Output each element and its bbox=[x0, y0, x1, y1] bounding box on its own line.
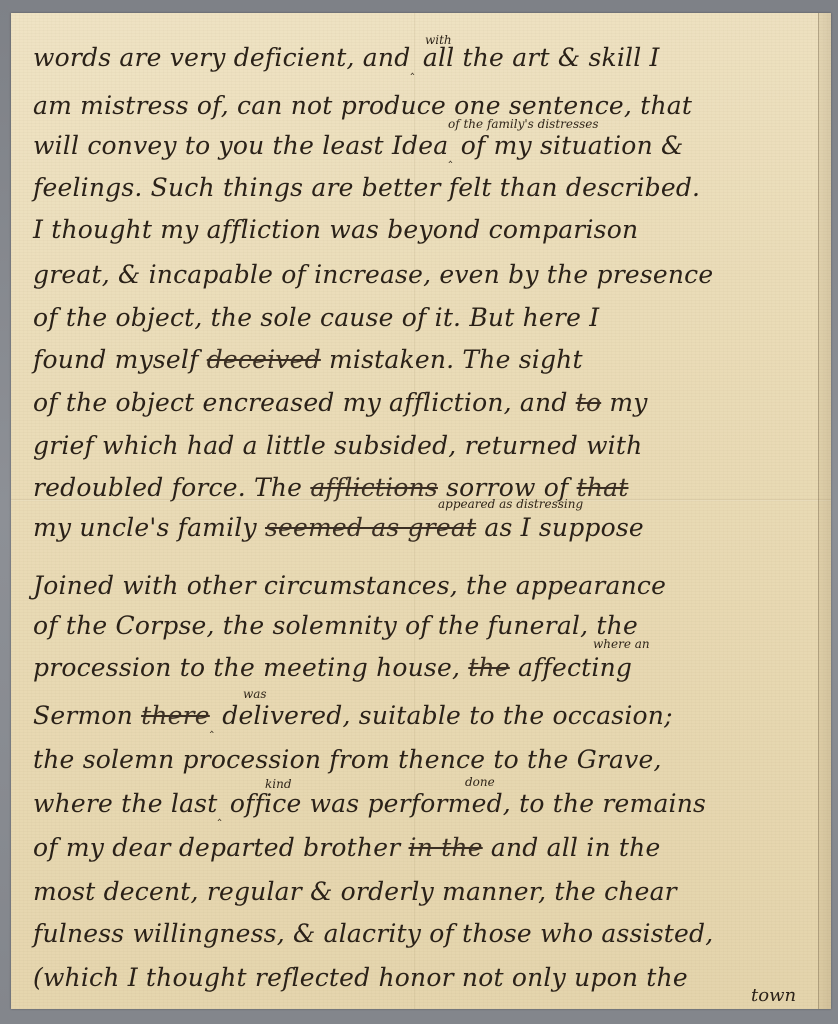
line-text: great, & incapable of increase, even by … bbox=[33, 260, 713, 289]
letter-line-20: most decent, regular & orderly manner, t… bbox=[33, 877, 677, 907]
struck-word: to bbox=[576, 388, 602, 417]
line-text: my bbox=[609, 388, 647, 417]
line-text: procession to the meeting house, bbox=[33, 653, 460, 682]
line-text: of the object, the sole cause of it. But… bbox=[33, 303, 599, 332]
insertion-was: was bbox=[243, 687, 267, 701]
line-text: all the art & skill I bbox=[423, 43, 660, 72]
line-text: I thought my affliction was beyond compa… bbox=[33, 215, 638, 244]
manuscript-page: with words are very deficient, and‸ all … bbox=[11, 13, 831, 1009]
line-text: am mistress of, can not produce one sent… bbox=[33, 91, 692, 120]
line-text: feelings. Such things are better felt th… bbox=[33, 173, 700, 202]
line-text: of the object encreased my affliction, a… bbox=[33, 388, 568, 417]
insertion-caret: ‸ bbox=[210, 719, 214, 733]
line-text: most decent, regular & orderly manner, t… bbox=[33, 877, 677, 906]
letter-line-3: will convey to you the least Idea‸ of my… bbox=[33, 131, 683, 165]
letter-line-22: (which I thought reflected honor not onl… bbox=[33, 963, 688, 993]
insertion-where-an: where an bbox=[593, 637, 650, 651]
page-edge-right bbox=[818, 13, 831, 1009]
line-text: fulness willingness, & alacrity of those… bbox=[33, 919, 713, 948]
letter-line-12: my uncle's family seemed as great as I s… bbox=[33, 513, 644, 543]
letter-line-10: grief which had a little subsided, retur… bbox=[33, 431, 642, 461]
line-text: of my dear departed brother bbox=[33, 833, 400, 862]
letter-line-14: of the Corpse, the solemnity of the fune… bbox=[33, 611, 638, 641]
letter-line-7: of the object, the sole cause of it. But… bbox=[33, 303, 599, 333]
line-text: and all in the bbox=[491, 833, 661, 862]
struck-word: that bbox=[577, 473, 629, 502]
struck-word: seemed as great bbox=[265, 513, 476, 542]
letter-line-9: of the object encreased my affliction, a… bbox=[33, 388, 648, 418]
line-text: affecting bbox=[518, 653, 632, 682]
line-text: of my situation & bbox=[461, 131, 684, 160]
struck-word: there bbox=[141, 701, 210, 730]
line-text: (which I thought reflected honor not onl… bbox=[33, 963, 688, 992]
letter-line-4: feelings. Such things are better felt th… bbox=[33, 173, 700, 203]
line-text: grief which had a little subsided, retur… bbox=[33, 431, 642, 460]
insertion-caret: ‸ bbox=[448, 149, 452, 163]
line-text: delivered, suitable to the occasion; bbox=[222, 701, 672, 730]
line-text: will convey to you the least Idea bbox=[33, 131, 448, 160]
line-text: as I suppose bbox=[484, 513, 644, 542]
line-text: office was performed, to the remains bbox=[230, 789, 706, 818]
letter-line-13: Joined with other circumstances, the app… bbox=[33, 571, 666, 601]
letter-line-21: fulness willingness, & alacrity of those… bbox=[33, 919, 713, 949]
struck-word: in the bbox=[409, 833, 483, 862]
letter-line-17: the solemn procession from thence to the… bbox=[33, 745, 662, 775]
letter-line-18: where the last‸ office was performed, to… bbox=[33, 789, 706, 823]
letter-line-16: Sermon there‸ delivered, suitable to the… bbox=[33, 701, 673, 735]
struck-word: afflictions bbox=[310, 473, 438, 502]
line-text: my uncle's family bbox=[33, 513, 257, 542]
line-text: redoubled force. The bbox=[33, 473, 302, 502]
letter-line-19: of my dear departed brother in the and a… bbox=[33, 833, 660, 863]
letter-line-1: words are very deficient, and‸ all the a… bbox=[33, 43, 660, 77]
letter-line-8: found myself deceived mistaken. The sigh… bbox=[33, 345, 583, 375]
letter-line-15: procession to the meeting house, the aff… bbox=[33, 653, 632, 683]
insertion-family-distresses: of the family's distresses bbox=[448, 117, 599, 131]
line-text: found myself bbox=[33, 345, 199, 374]
letter-line-6: great, & incapable of increase, even by … bbox=[33, 260, 713, 290]
insertion-caret: ‸ bbox=[217, 807, 221, 821]
line-text: Sermon bbox=[33, 701, 133, 730]
insertion-caret: ‸ bbox=[410, 61, 414, 75]
struck-word: deceived bbox=[207, 345, 321, 374]
line-text: Joined with other circumstances, the app… bbox=[33, 571, 666, 600]
insertion-appeared-as-distressing: appeared as distressing bbox=[438, 497, 583, 511]
line-text: where the last bbox=[33, 789, 217, 818]
insertion-done: done bbox=[465, 775, 495, 789]
catchword: town bbox=[751, 985, 796, 1006]
line-text: of the Corpse, the solemnity of the fune… bbox=[33, 611, 638, 640]
line-text: words are very deficient, and bbox=[33, 43, 410, 72]
struck-word: the bbox=[468, 653, 510, 682]
line-text: mistaken. The sight bbox=[329, 345, 583, 374]
letter-line-5: I thought my affliction was beyond compa… bbox=[33, 215, 638, 245]
line-text: the solemn procession from thence to the… bbox=[33, 745, 662, 774]
